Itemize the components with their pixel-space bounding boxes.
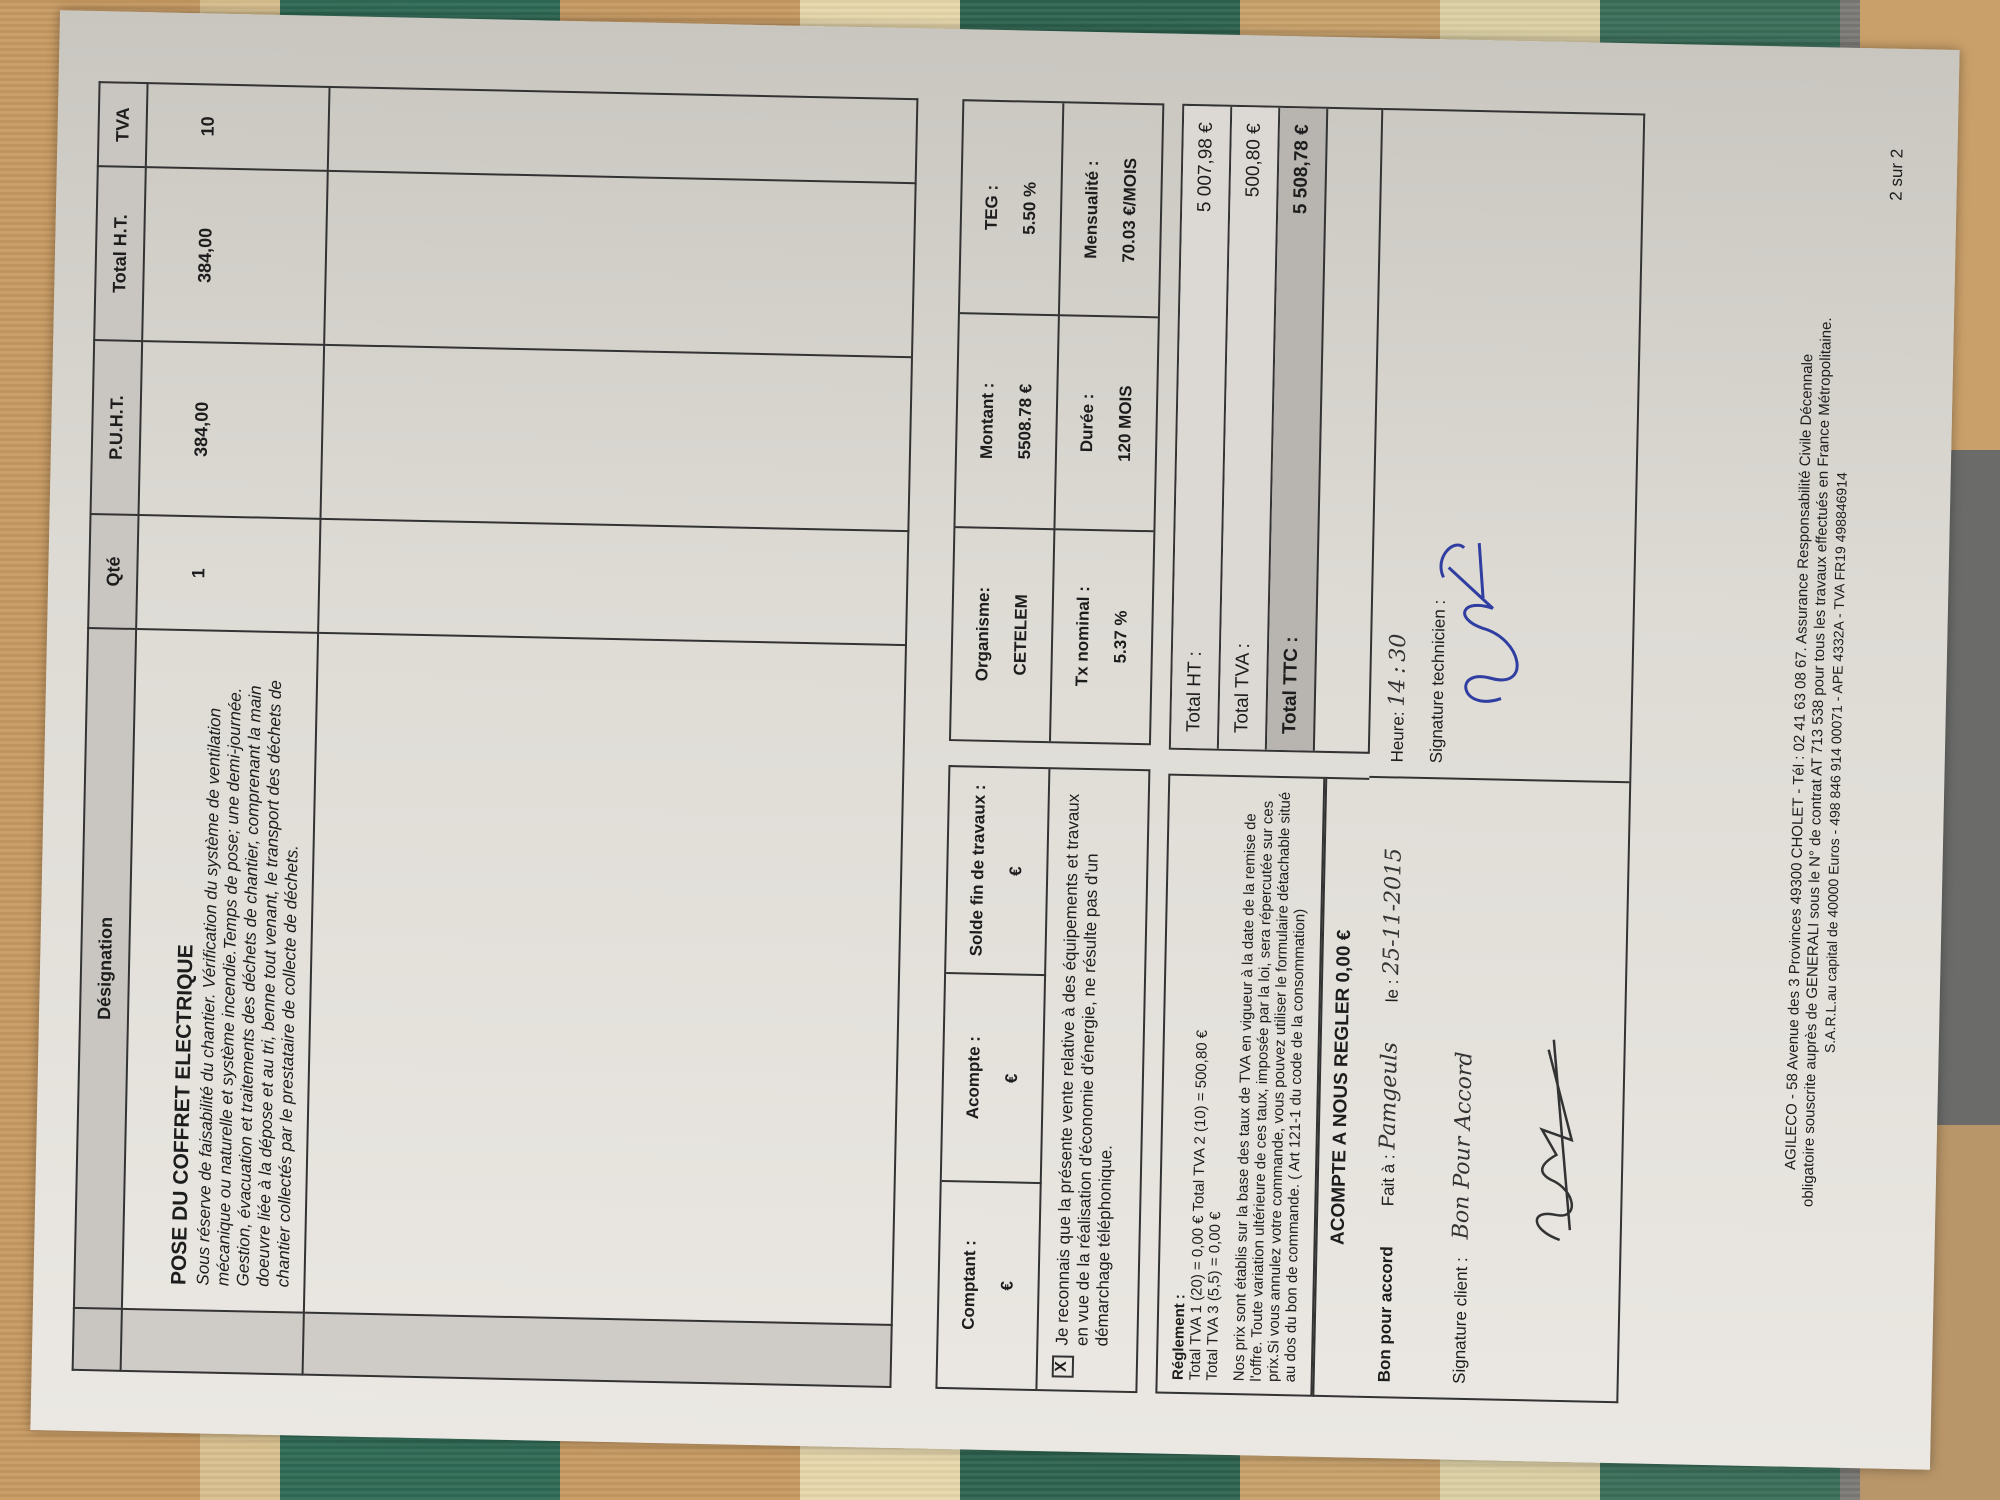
tx-nominal-cell: Tx nominal : 5.37 % [1051, 528, 1153, 743]
item-total-ht: 384,00 [142, 167, 328, 345]
teg-cell: TEG : 5.50 % [960, 101, 1064, 314]
client-signature-icon [1509, 1029, 1594, 1251]
technician-signature-box: Heure: 14 : 30 Signature technicien : [1369, 110, 1643, 781]
organisme-cell: Organisme: CETELEM [951, 526, 1055, 741]
price-notice: Nos prix sont établis sur la base des ta… [1231, 789, 1311, 1382]
consent-checkbox[interactable]: X [1052, 1355, 1074, 1377]
total-tva-value: 500,80 € [1242, 123, 1266, 197]
margin-col-header [73, 1308, 122, 1371]
item-qty: 1 [136, 515, 320, 633]
item-tva: 10 [146, 83, 330, 171]
item-designation: POSE DU COFFRET ELECTRIQUE Sous réserve … [122, 629, 318, 1313]
reglement-box: Réglement : Total TVA 1 (20) = 0,00 € To… [1155, 774, 1325, 1397]
time-hours: 14 [1385, 678, 1411, 707]
totals-box: Total HT : 5 007,98 € Total TVA : 500,80… [1169, 104, 1383, 754]
client-signature-label: Signature client : [1450, 1257, 1473, 1384]
signature-area: Bon pour accord Fait à : Pamgeuls le : 2… [1356, 108, 1645, 1403]
col-tva: TVA [98, 82, 148, 167]
item-unit-price: 384,00 [139, 341, 325, 519]
col-qty: Qté [88, 514, 138, 629]
consent-statement: X Je reconnais que la présente vente rel… [1037, 769, 1138, 1391]
time-minutes: 30 [1386, 634, 1412, 663]
col-total-ht: Total H.T. [94, 166, 146, 341]
acompte-cell: Acompte : € [942, 972, 1046, 1181]
table-row-empty [303, 87, 918, 1387]
technician-signature-icon [1421, 527, 1535, 719]
table-row: POSE DU COFFRET ELECTRIQUE Sous réserve … [121, 83, 330, 1375]
total-ht-value: 5 007,98 € [1194, 122, 1218, 212]
total-ttc-value: 5 508,78 € [1290, 124, 1314, 214]
mensualite-cell: Mensualité : 70.03 €/MOIS [1060, 103, 1162, 316]
solde-cell: Solde fin de travaux : € [946, 767, 1050, 974]
bon-pour-accord-label: Bon pour accord [1375, 1246, 1398, 1382]
client-signature-box: Bon pour accord Fait à : Pamgeuls le : 2… [1356, 776, 1629, 1401]
financing-box: Organisme: CETELEM Montant : 5508.78 € T… [949, 99, 1164, 745]
document-photo: Désignation Qté P.U.H.T. Total H.T. TVA … [20, 10, 1970, 1470]
duree-cell: Durée : 120 MOIS [1055, 315, 1157, 530]
col-unit-price: P.U.H.T. [91, 340, 143, 515]
company-footer: AGILECO - 58 Avenue des 3 Provinces 4930… [1777, 117, 1858, 1408]
invoice-page: Désignation Qté P.U.H.T. Total H.T. TVA … [30, 10, 1959, 1469]
consent-text: Je reconnais que la présente vente relat… [1052, 781, 1124, 1346]
montant-cell: Montant : 5508.78 € [955, 313, 1059, 528]
page-number: 2 sur 2 [1886, 149, 1907, 201]
comptant-cell: Comptant : € [937, 1180, 1041, 1389]
fait-a-value: Pamgeuls [1376, 1042, 1403, 1150]
payment-terms: Comptant : € Acompte : € Solde fin de tr… [935, 765, 1150, 1393]
date-value: 25-11-2015 [1379, 848, 1407, 975]
items-table: Désignation Qté P.U.H.T. Total H.T. TVA … [72, 81, 919, 1388]
item-description: Sous réserve de faisabilité du chantier.… [193, 649, 306, 1287]
client-handwritten-note: Bon Pour Accord [1449, 1051, 1478, 1239]
